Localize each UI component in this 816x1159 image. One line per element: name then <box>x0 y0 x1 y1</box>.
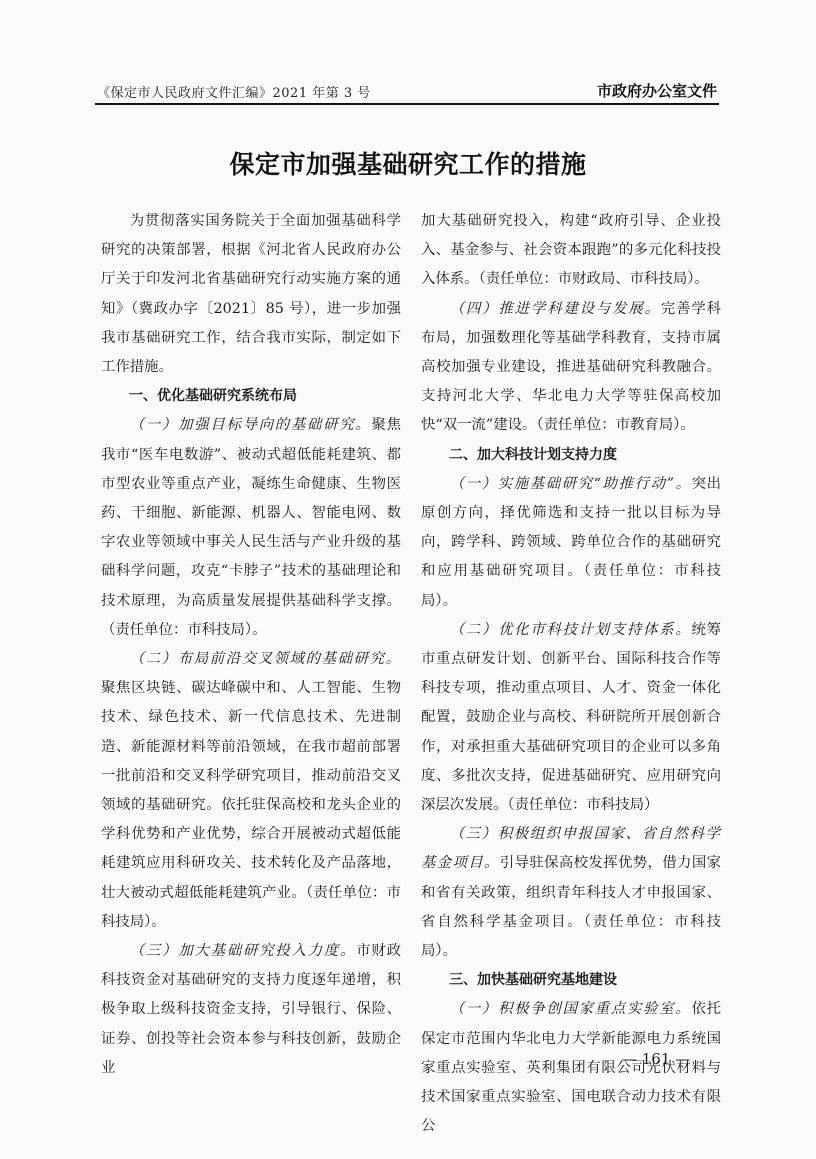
right-column: 加大基础研究投入，构建“政府引导、企业投入、基金参与、社会资本跟跑”的多元化科技… <box>421 207 721 1142</box>
paragraph-s1-item3-continued: 加大基础研究投入，构建“政府引导、企业投入、基金参与、社会资本跟跑”的多元化科技… <box>421 207 721 295</box>
paragraph-s1-item4: （四）推进学科建设与发展。完善学科布局，加强数理化等基础学科教育，支持市属高校加… <box>421 295 721 441</box>
paragraph-s2-item2: （二）优化市科技计划支持体系。统筹市重点研发计划、创新平台、国际科技合作等科技专… <box>421 616 721 820</box>
item-lead: （二）布局前沿交叉领域的基础研究。 <box>130 651 401 667</box>
item-lead: （四）推进学科建设与发展。 <box>450 301 661 317</box>
paragraph-s1-item1: （一）加强目标导向的基础研究。聚焦我市“医车电数游”、被动式超低能耗建筑、都市型… <box>101 411 401 645</box>
item-lead: （一）实施基础研究“助推行动”。 <box>450 476 692 492</box>
item-body: 统筹市重点研发计划、创新平台、国际科技合作等科技专项，推动重点项目、人才、资金一… <box>421 622 721 813</box>
item-lead: （三）加大基础研究投入力度。 <box>130 943 356 959</box>
paragraph-s2-item3: （三）积极组织申报国家、省自然科学基金项目。引导驻保高校发挥优势，借力国家和省有… <box>421 820 721 966</box>
section-heading-1: 一、优化基础研究系统布局 <box>101 382 401 411</box>
item-lead: （一）积极争创国家重点实验室。 <box>450 1001 692 1017</box>
section-heading-3: 三、加快基础研究基地建设 <box>421 966 721 995</box>
item-body: 突出原创方向，择优筛选和支持一批以目标为导向，跨学科、跨领域、跨单位合作的基础研… <box>421 476 721 609</box>
paragraph-s1-item2: （二）布局前沿交叉领域的基础研究。聚焦区块链、碳达峰碳中和、人工智能、生物技术、… <box>101 645 401 937</box>
section-heading-2: 二、加大科技计划支持力度 <box>421 441 721 470</box>
item-lead: （一）加强目标导向的基础研究。 <box>130 417 372 433</box>
publication-info: 《保定市人民政府文件汇编》2021 年第 3 号 <box>97 82 371 101</box>
document-title: 保定市加强基础研究工作的措施 <box>0 145 816 181</box>
item-lead: （二）优化市科技计划支持体系。 <box>450 622 692 638</box>
page-number: — 161 — <box>622 1050 690 1068</box>
item-body: 市财政科技资金对基础研究的支持力度逐年递增，积极争取上级科技资金支持，引导银行、… <box>101 943 401 1076</box>
document-category: 市政府办公室文件 <box>597 80 717 101</box>
item-body: 聚焦区块链、碳达峰碳中和、人工智能、生物技术、绿色技术、新一代信息技术、先进制造… <box>101 680 401 930</box>
running-header: 《保定市人民政府文件汇编》2021 年第 3 号 市政府办公室文件 <box>97 80 717 102</box>
header-divider <box>95 103 719 105</box>
item-body: 完善学科布局，加强数理化等基础学科教育，支持市属高校加强专业建设，推进基础研究科… <box>421 301 721 434</box>
item-body: 聚焦我市“医车电数游”、被动式超低能耗建筑、都市型农业等重点产业，凝练生命健康、… <box>101 417 401 637</box>
left-column: 为贯彻落实国务院关于全面加强基础科学研究的决策部署，根据《河北省人民政府办公厅关… <box>101 207 401 1083</box>
intro-paragraph: 为贯彻落实国务院关于全面加强基础科学研究的决策部署，根据《河北省人民政府办公厅关… <box>101 207 401 382</box>
paragraph-s2-item1: （一）实施基础研究“助推行动”。突出原创方向，择优筛选和支持一批以目标为导向，跨… <box>421 470 721 616</box>
paragraph-s1-item3: （三）加大基础研究投入力度。市财政科技资金对基础研究的支持力度逐年递增，积极争取… <box>101 937 401 1083</box>
paragraph-s3-item1: （一）积极争创国家重点实验室。依托保定市范围内华北电力大学新能源电力系统国家重点… <box>421 995 721 1141</box>
